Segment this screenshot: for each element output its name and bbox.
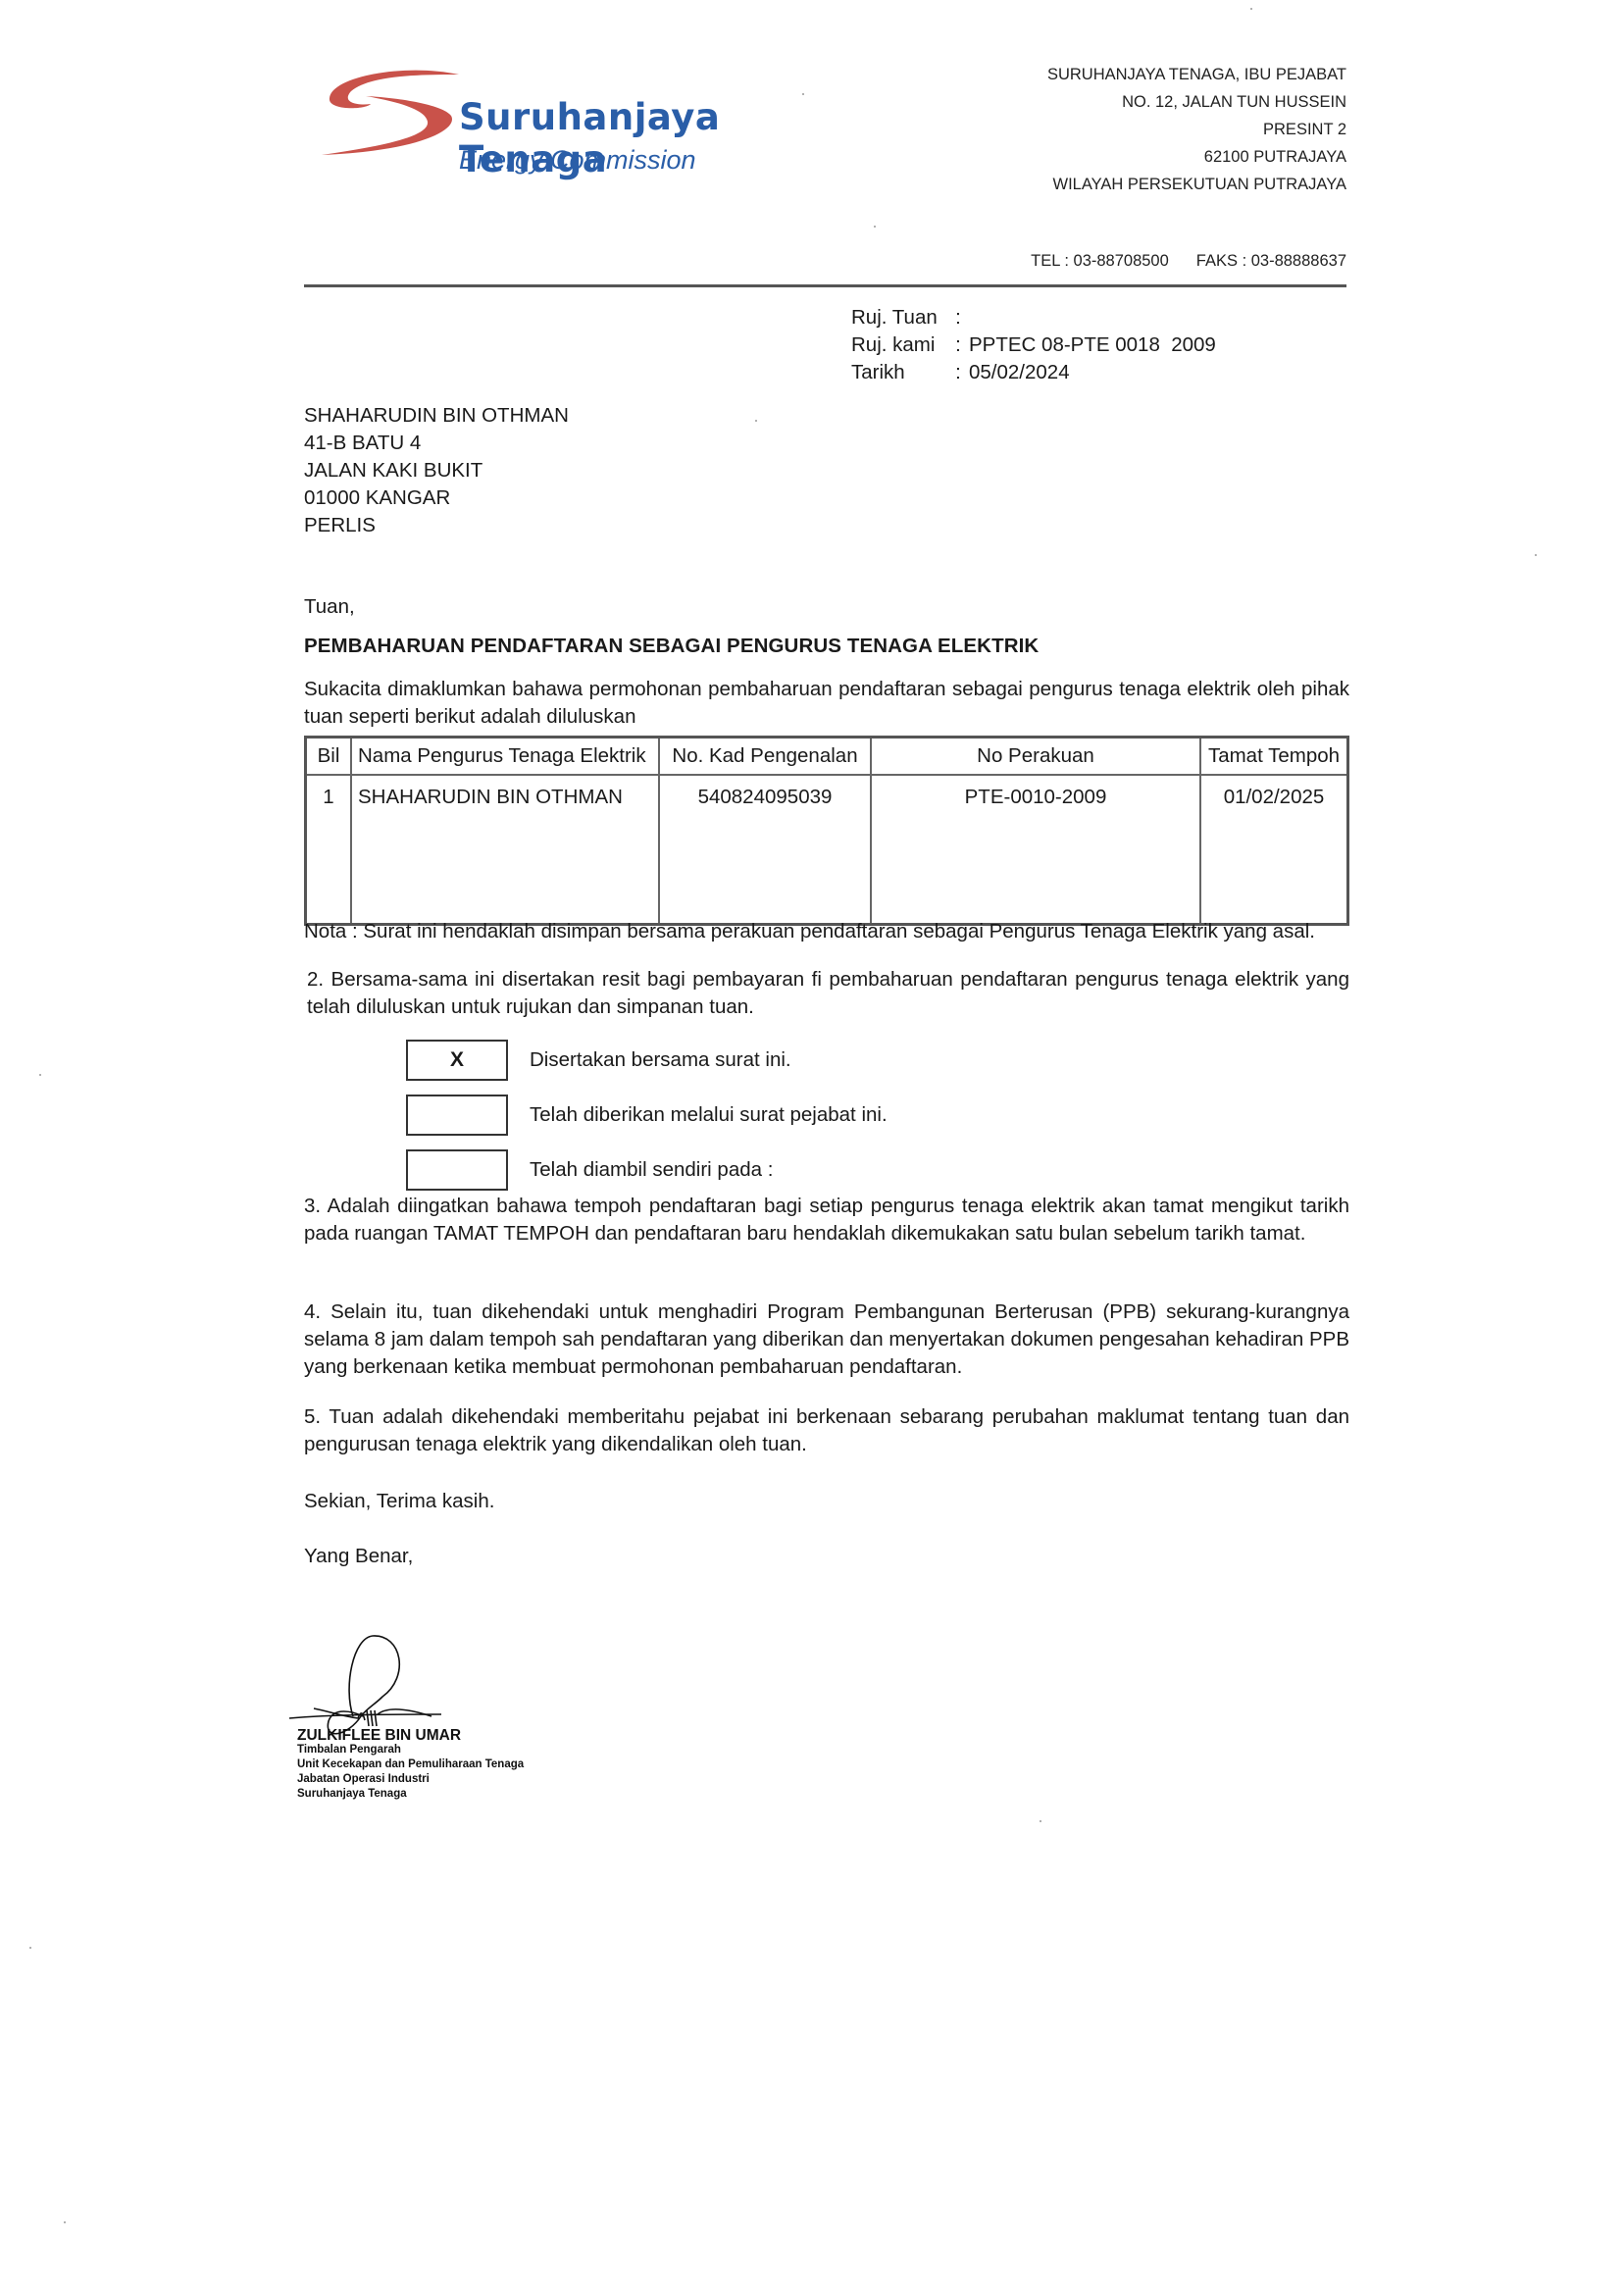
option-label: Telah diberikan melalui surat pejabat in… xyxy=(530,1103,888,1127)
option-label: Telah diambil sendiri pada : xyxy=(530,1158,773,1182)
cell-expiry-date: 01/02/2025 xyxy=(1200,775,1348,925)
hq-address-line: PRESINT 2 xyxy=(1047,116,1346,143)
reference-row: Ruj. kami : PPTEC 08-PTE 0018 2009 xyxy=(851,331,1216,359)
recipient-line: SHAHARUDIN BIN OTHMAN xyxy=(304,402,569,430)
recipient-line: JALAN KAKI BUKIT xyxy=(304,457,569,484)
signatory-name: ZULKIFLEE BIN UMAR xyxy=(297,1728,524,1743)
option-checkbox[interactable]: X xyxy=(406,1040,508,1081)
hq-address-line: NO. 12, JALAN TUN HUSSEIN xyxy=(1047,88,1346,116)
scan-speck xyxy=(1250,8,1252,10)
column-header-name: Nama Pengurus Tenaga Elektrik xyxy=(351,738,659,776)
reference-block: Ruj. Tuan : Ruj. kami : PPTEC 08-PTE 001… xyxy=(851,304,1216,386)
signatory-unit: Unit Kecekapan dan Pemuliharaan Tenaga xyxy=(297,1757,524,1772)
reference-value xyxy=(969,304,1216,331)
scan-speck xyxy=(802,93,804,95)
hq-address-line: SURUHANJAYA TENAGA, IBU PEJABAT xyxy=(1047,61,1346,88)
hq-address: SURUHANJAYA TENAGA, IBU PEJABAT NO. 12, … xyxy=(1047,61,1346,198)
paragraph-5: 5. Tuan adalah dikehendaki memberitahu p… xyxy=(304,1403,1349,1458)
paragraph-2: 2. Bersama-sama ini disertakan resit bag… xyxy=(307,966,1349,1021)
reference-value: 05/02/2024 xyxy=(969,359,1216,386)
paragraph-3: 3. Adalah diingatkan bahawa tempoh penda… xyxy=(304,1193,1349,1248)
hq-address-line: WILAYAH PERSEKUTUAN PUTRAJAYA xyxy=(1047,171,1346,198)
contact-numbers: TEL : 03-88708500FAKS : 03-88888637 xyxy=(1031,252,1346,271)
column-header-ic: No. Kad Pengenalan xyxy=(659,738,871,776)
column-header-certificate: No Perakuan xyxy=(871,738,1200,776)
column-header-bil: Bil xyxy=(306,738,352,776)
signatory-title: Timbalan Pengarah xyxy=(297,1743,524,1757)
reference-label: Ruj. Tuan xyxy=(851,304,947,331)
table-row: 1 SHAHARUDIN BIN OTHMAN 540824095039 PTE… xyxy=(306,775,1348,925)
reference-label: Ruj. kami xyxy=(851,331,947,359)
reference-label: Tarikh xyxy=(851,359,947,386)
recipient-line: 41-B BATU 4 xyxy=(304,430,569,457)
reference-row: Tarikh : 05/02/2024 xyxy=(851,359,1216,386)
cell-certificate-number: PTE-0010-2009 xyxy=(871,775,1200,925)
cell-bil: 1 xyxy=(306,775,352,925)
reference-row: Ruj. Tuan : xyxy=(851,304,1216,331)
reference-value: PPTEC 08-PTE 0018 2009 xyxy=(969,331,1216,359)
letterhead-divider xyxy=(304,284,1346,287)
fax: FAKS : 03-88888637 xyxy=(1196,252,1346,270)
valediction: Yang Benar, xyxy=(304,1545,413,1568)
table-note: Nota : Surat ini hendaklah disimpan bers… xyxy=(304,920,1315,943)
letter-subject: PEMBAHARUAN PENDAFTARAN SEBAGAI PENGURUS… xyxy=(304,635,1039,658)
option-checkbox[interactable] xyxy=(406,1149,508,1191)
logo-subtitle: Energy Commission xyxy=(459,145,696,176)
scan-speck xyxy=(874,226,876,228)
receipt-option: X Disertakan bersama surat ini. xyxy=(406,1033,888,1088)
hq-address-line: 62100 PUTRAJAYA xyxy=(1047,143,1346,171)
scan-speck xyxy=(1535,554,1537,556)
scan-speck xyxy=(64,2221,66,2223)
signatory-organisation: Suruhanjaya Tenaga xyxy=(297,1787,524,1802)
colon: : xyxy=(947,359,969,386)
recipient-line: 01000 KANGAR xyxy=(304,484,569,512)
table-header-row: Bil Nama Pengurus Tenaga Elektrik No. Ka… xyxy=(306,738,1348,776)
column-header-expiry: Tamat Tempoh xyxy=(1200,738,1348,776)
salutation: Tuan, xyxy=(304,595,355,619)
receipt-options: X Disertakan bersama surat ini. Telah di… xyxy=(406,1033,888,1197)
scan-speck xyxy=(29,1947,31,1949)
receipt-option: Telah diambil sendiri pada : xyxy=(406,1143,888,1197)
recipient-line: PERLIS xyxy=(304,512,569,539)
option-label: Disertakan bersama surat ini. xyxy=(530,1048,791,1072)
recipient-address: SHAHARUDIN BIN OTHMAN 41-B BATU 4 JALAN … xyxy=(304,402,569,539)
signatory-block: ZULKIFLEE BIN UMAR Timbalan Pengarah Uni… xyxy=(297,1728,524,1802)
swoosh-logo-icon xyxy=(312,67,469,165)
telephone: TEL : 03-88708500 xyxy=(1031,252,1169,270)
scan-speck xyxy=(755,420,757,422)
intro-paragraph: Sukacita dimaklumkan bahawa permohonan p… xyxy=(304,676,1349,731)
cell-ic-number: 540824095039 xyxy=(659,775,871,925)
energy-commission-logo: Suruhanjaya Tenaga Energy Commission xyxy=(312,67,861,184)
signatory-department: Jabatan Operasi Industri xyxy=(297,1772,524,1787)
cell-name: SHAHARUDIN BIN OTHMAN xyxy=(351,775,659,925)
colon: : xyxy=(947,331,969,359)
colon: : xyxy=(947,304,969,331)
option-checkbox[interactable] xyxy=(406,1095,508,1136)
scan-speck xyxy=(1040,1820,1041,1822)
receipt-option: Telah diberikan melalui surat pejabat in… xyxy=(406,1088,888,1143)
paragraph-4: 4. Selain itu, tuan dikehendaki untuk me… xyxy=(304,1299,1349,1381)
registration-table: Bil Nama Pengurus Tenaga Elektrik No. Ka… xyxy=(304,736,1349,926)
scan-speck xyxy=(39,1074,41,1076)
closing-line: Sekian, Terima kasih. xyxy=(304,1490,494,1513)
